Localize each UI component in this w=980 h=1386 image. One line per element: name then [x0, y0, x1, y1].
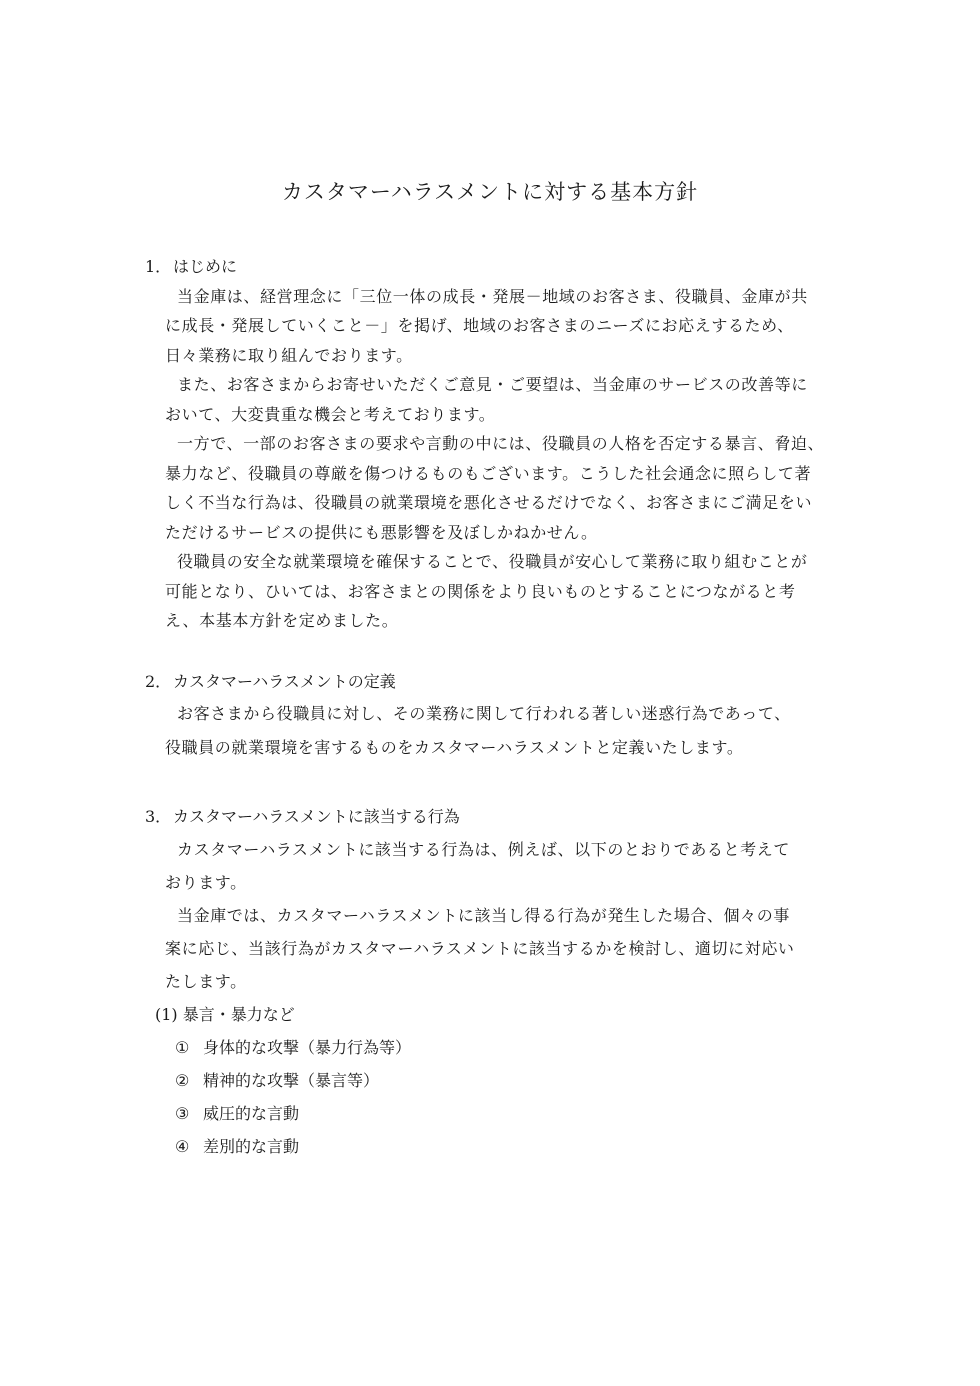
section-title: カスタマーハラスメントの定義 [173, 672, 396, 691]
text-line: 役職員の安全な就業環境を確保することで、役職員が安心して業務に取り組むことが [165, 547, 845, 577]
item-text: 威圧的な言動 [203, 1104, 299, 1123]
text-line: たします。 [165, 965, 845, 998]
paragraph: 当金庫は、経営理念に「三位一体の成長・発展－地域のお客さま、役職員、金庫が共 に… [165, 282, 845, 371]
paragraph: 当金庫では、カスタマーハラスメントに該当し得る行為が発生した場合、個々の事 案に… [165, 899, 845, 998]
section-title: はじめに [173, 257, 237, 276]
text-line: 一方で、一部のお客さまの要求や言動の中には、役職員の人格を否定する暴言、脅迫、 [165, 429, 845, 459]
text-line: 暴力など、役職員の尊厳を傷つけるものもございます。こうした社会通念に照らして著 [165, 459, 845, 489]
subsection-title: 暴言・暴力など [183, 1005, 295, 1024]
item-text: 精神的な攻撃（暴言等） [203, 1071, 379, 1090]
section-introduction: 1．はじめに 当金庫は、経営理念に「三位一体の成長・発展－地域のお客さま、役職員… [145, 252, 845, 636]
document-page: カスタマーハラスメントに対する基本方針 1．はじめに 当金庫は、経営理念に「三位… [0, 0, 980, 1386]
section-definition: 2．カスタマーハラスメントの定義 お客さまから役職員に対し、その業務に関して行わ… [145, 667, 845, 765]
section-number: 3． [145, 800, 173, 833]
item-number: ③ [175, 1097, 203, 1130]
section-heading: 2．カスタマーハラスメントの定義 [145, 667, 845, 697]
section-number: 1． [145, 252, 173, 282]
paragraph: カスタマーハラスメントに該当する行為は、例えば、以下のとおりであると考えて おり… [165, 833, 845, 899]
paragraph: お客さまから役職員に対し、その業務に関して行われる著しい迷惑行為であって、 役職… [165, 697, 845, 765]
text-line: お客さまから役職員に対し、その業務に関して行われる著しい迷惑行為であって、 [165, 697, 845, 731]
text-line: しく不当な行為は、役職員の就業環境を悪化させるだけでなく、お客さまにご満足をい [165, 488, 845, 518]
text-line: え、本基本方針を定めました。 [165, 606, 845, 636]
section-number: 2． [145, 667, 173, 697]
item-text: 身体的な攻撃（暴力行為等） [203, 1038, 411, 1057]
text-line: 日々業務に取り組んでおります。 [165, 341, 845, 371]
paragraph: 役職員の安全な就業環境を確保することで、役職員が安心して業務に取り組むことが 可… [165, 547, 845, 636]
list-item: ④差別的な言動 [175, 1130, 845, 1163]
list-item: ①身体的な攻撃（暴力行為等） [175, 1031, 845, 1064]
paragraph: また、お客さまからお寄せいただくご意見・ご要望は、当金庫のサービスの改善等に お… [165, 370, 845, 429]
text-line: ただけるサービスの提供にも悪影響を及ぼしかねかせん。 [165, 518, 845, 548]
text-line: また、お客さまからお寄せいただくご意見・ご要望は、当金庫のサービスの改善等に [165, 370, 845, 400]
text-line: 可能となり、ひいては、お客さまとの関係をより良いものとすることにつながると考 [165, 577, 845, 607]
item-number: ① [175, 1031, 203, 1064]
text-line: 案に応じ、当該行為がカスタマーハラスメントに該当するかを検討し、適切に対応い [165, 932, 845, 965]
text-line: に成長・発展していくこと－」を掲げ、地域のお客さまのニーズにお応えするため、 [165, 311, 845, 341]
text-line: 当金庫は、経営理念に「三位一体の成長・発展－地域のお客さま、役職員、金庫が共 [165, 282, 845, 312]
text-line: おいて、大変貴重な機会と考えております。 [165, 400, 845, 430]
section-title: カスタマーハラスメントに該当する行為 [173, 807, 460, 826]
section-harassment-acts: 3．カスタマーハラスメントに該当する行為 カスタマーハラスメントに該当する行為は… [145, 800, 845, 1163]
item-text: 差別的な言動 [203, 1137, 299, 1156]
document-title: カスタマーハラスメントに対する基本方針 [0, 176, 980, 208]
paragraph: 一方で、一部のお客さまの要求や言動の中には、役職員の人格を否定する暴言、脅迫、 … [165, 429, 845, 547]
section-heading: 1．はじめに [145, 252, 845, 282]
text-line: おります。 [165, 866, 845, 899]
list-item: ③威圧的な言動 [175, 1097, 845, 1130]
text-line: 役職員の就業環境を害するものをカスタマーハラスメントと定義いたします。 [165, 731, 845, 765]
list-item: ②精神的な攻撃（暴言等） [175, 1064, 845, 1097]
subsection-heading: (1) 暴言・暴力など [155, 998, 845, 1031]
item-number: ② [175, 1064, 203, 1097]
item-number: ④ [175, 1130, 203, 1163]
text-line: カスタマーハラスメントに該当する行為は、例えば、以下のとおりであると考えて [165, 833, 845, 866]
subsection-label: (1) [155, 1005, 178, 1024]
section-heading: 3．カスタマーハラスメントに該当する行為 [145, 800, 845, 833]
text-line: 当金庫では、カスタマーハラスメントに該当し得る行為が発生した場合、個々の事 [165, 899, 845, 932]
